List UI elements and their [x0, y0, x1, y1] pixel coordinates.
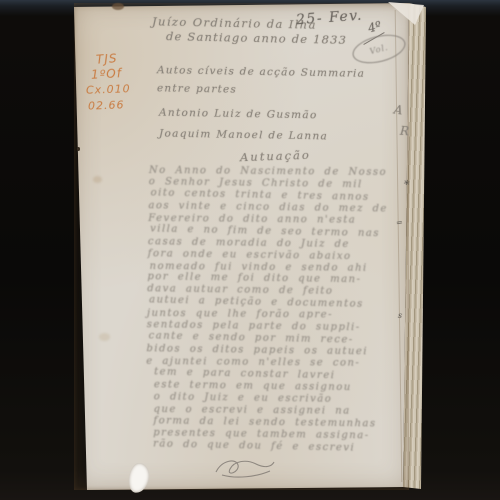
archive-stamp-2: 1ºOf	[91, 66, 123, 82]
section-title: Autuação	[240, 148, 311, 164]
manuscript-photo: Juízo Ordinário da Ilha de Santiago anno…	[0, 0, 500, 500]
body-text: No Anno do Nascimento de Nossoo Senhor J…	[145, 164, 405, 454]
foxing-spot	[99, 333, 110, 341]
archive-stamp-1: TJS	[96, 51, 118, 66]
defendant-mark: R	[400, 124, 410, 139]
author-mark: A	[393, 102, 404, 117]
case-title-line-2: entre partes	[157, 82, 237, 95]
ink-stain	[112, 3, 124, 10]
archive-stamp-4: 02.66	[88, 98, 125, 112]
edge-speck	[77, 147, 80, 151]
archive-stamp-3: Cx.010	[86, 82, 131, 97]
oval-stamp-text: Vol.	[369, 42, 390, 55]
foxing-spot	[93, 176, 102, 183]
tick-mark: =	[395, 218, 403, 228]
signature-rubric-flourish	[212, 456, 278, 480]
